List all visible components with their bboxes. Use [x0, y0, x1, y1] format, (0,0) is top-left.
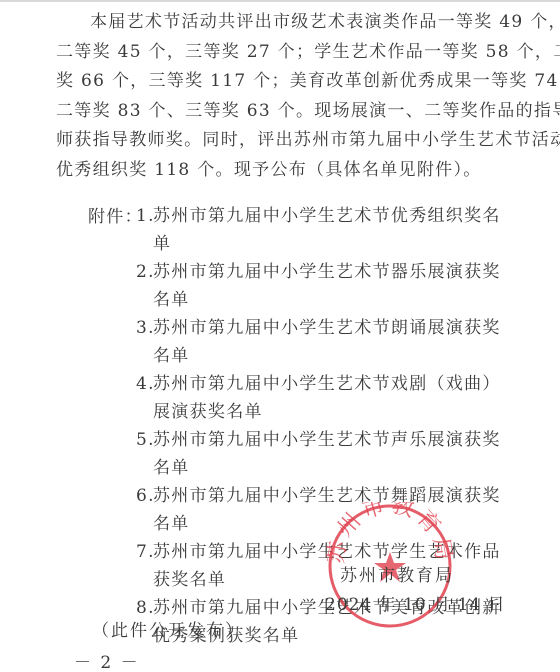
body-line: 二等奖 83 个、三等奖 63 个。现场展演一、二等奖作品的指导教	[56, 97, 500, 127]
attachments-list: 1. 苏州市第九届中小学生艺术节优秀组织奖名单 2. 苏州市第九届中小学生艺术节…	[136, 202, 516, 650]
body-line: 优秀组织奖 118 个。现予公布（具体名单见附件）。	[56, 156, 500, 186]
attachment-item: 7. 苏州市第九届中小学生艺术节学生艺术作品获奖名单	[136, 538, 516, 594]
body-line: 二等奖 45 个，三等奖 27 个；学生艺术作品一等奖 58 个，二等	[56, 38, 500, 68]
attachment-item: 1. 苏州市第九届中小学生艺术节优秀组织奖名单	[136, 202, 516, 258]
attachment-item: 5. 苏州市第九届中小学生艺术节声乐展演获奖名单	[136, 426, 516, 482]
issue-date: 2024 年 10 月 14 日	[325, 590, 506, 615]
attachment-title: 苏州市第九届中小学生艺术节声乐展演获奖名单	[153, 426, 516, 482]
body-line: 本届艺术节活动共评出市级艺术表演类作品一等奖 49 个，	[56, 8, 500, 38]
attachment-number: 3.	[136, 314, 153, 370]
attachment-number: 1.	[136, 202, 153, 258]
issuing-authority: 苏州市教育局	[340, 561, 454, 586]
attachment-item: 6. 苏州市第九届中小学生艺术节舞蹈展演获奖名单	[136, 482, 516, 538]
attachment-title: 苏州市第九届中小学生艺术节学生艺术作品获奖名单	[153, 538, 516, 594]
attachment-item: 4. 苏州市第九届中小学生艺术节戏剧（戏曲）展演获奖名单	[136, 370, 516, 426]
page-number: － 2 －	[74, 648, 140, 672]
attachments-label: 附件：	[88, 202, 143, 227]
attachment-number: 4.	[136, 370, 153, 426]
attachment-number: 7.	[136, 538, 153, 594]
attachment-title: 苏州市第九届中小学生艺术节戏剧（戏曲）展演获奖名单	[153, 370, 516, 426]
attachment-title: 苏州市第九届中小学生艺术节舞蹈展演获奖名单	[153, 482, 516, 538]
body-paragraph: 本届艺术节活动共评出市级艺术表演类作品一等奖 49 个， 二等奖 45 个，三等…	[56, 8, 500, 185]
attachment-number: 5.	[136, 426, 153, 482]
attachment-number: 2.	[136, 258, 153, 314]
attachment-item: 2. 苏州市第九届中小学生艺术节器乐展演获奖名单	[136, 258, 516, 314]
page-top-border	[0, 0, 560, 2]
public-release-note: （此件公开发布）	[92, 616, 244, 641]
attachment-title: 苏州市第九届中小学生艺术节朗诵展演获奖名单	[153, 314, 516, 370]
attachment-item: 3. 苏州市第九届中小学生艺术节朗诵展演获奖名单	[136, 314, 516, 370]
attachment-title: 苏州市第九届中小学生艺术节优秀组织奖名单	[153, 202, 516, 258]
body-line: 师获指导教师奖。同时，评出苏州市第九届中小学生艺术节活动	[56, 126, 500, 156]
attachment-number: 6.	[136, 482, 153, 538]
body-line: 奖 66 个，三等奖 117 个；美育改革创新优秀成果一等奖 74 个，	[56, 67, 500, 97]
attachment-title: 苏州市第九届中小学生艺术节器乐展演获奖名单	[153, 258, 516, 314]
